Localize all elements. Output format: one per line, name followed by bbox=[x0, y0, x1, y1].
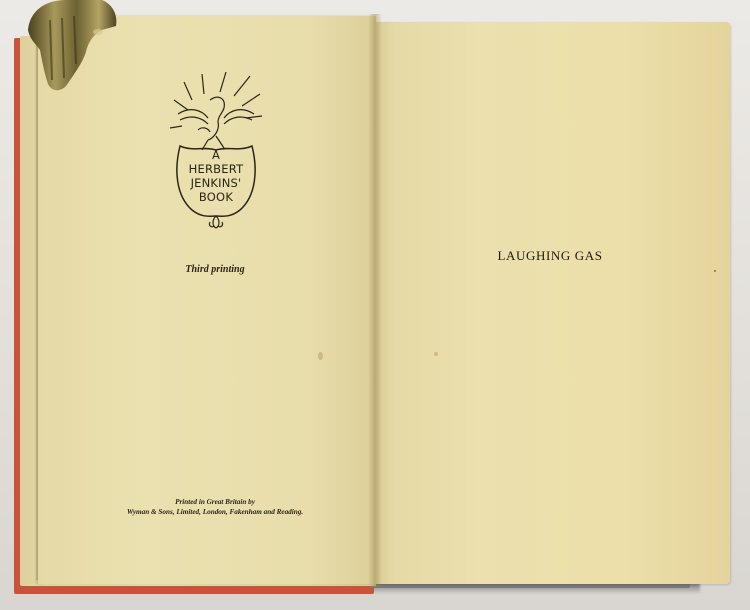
device-line: HERBERT bbox=[170, 162, 262, 176]
device-line: BOOK bbox=[170, 190, 262, 204]
brass-hand-paperweight-icon bbox=[16, 0, 120, 92]
half-title: LAUGHING GAS bbox=[470, 248, 630, 264]
device-line: A bbox=[170, 148, 262, 162]
right-page bbox=[374, 22, 730, 584]
imprint-line: Printed in Great Britain by bbox=[90, 497, 340, 507]
printer-imprint: Printed in Great Britain by Wyman & Sons… bbox=[90, 497, 340, 517]
device-line: JENKINS' bbox=[170, 176, 262, 190]
book-gutter bbox=[368, 14, 382, 588]
imprint-line: Wyman & Sons, Limited, London, Fakenham … bbox=[90, 507, 340, 517]
page-fold bbox=[36, 40, 38, 580]
printing-note: Third printing bbox=[150, 264, 280, 275]
foxing-spot bbox=[318, 352, 323, 360]
publisher-device-text: A HERBERT JENKINS' BOOK bbox=[170, 148, 262, 204]
foxing-spot bbox=[714, 270, 716, 272]
foxing-spot bbox=[434, 352, 438, 356]
